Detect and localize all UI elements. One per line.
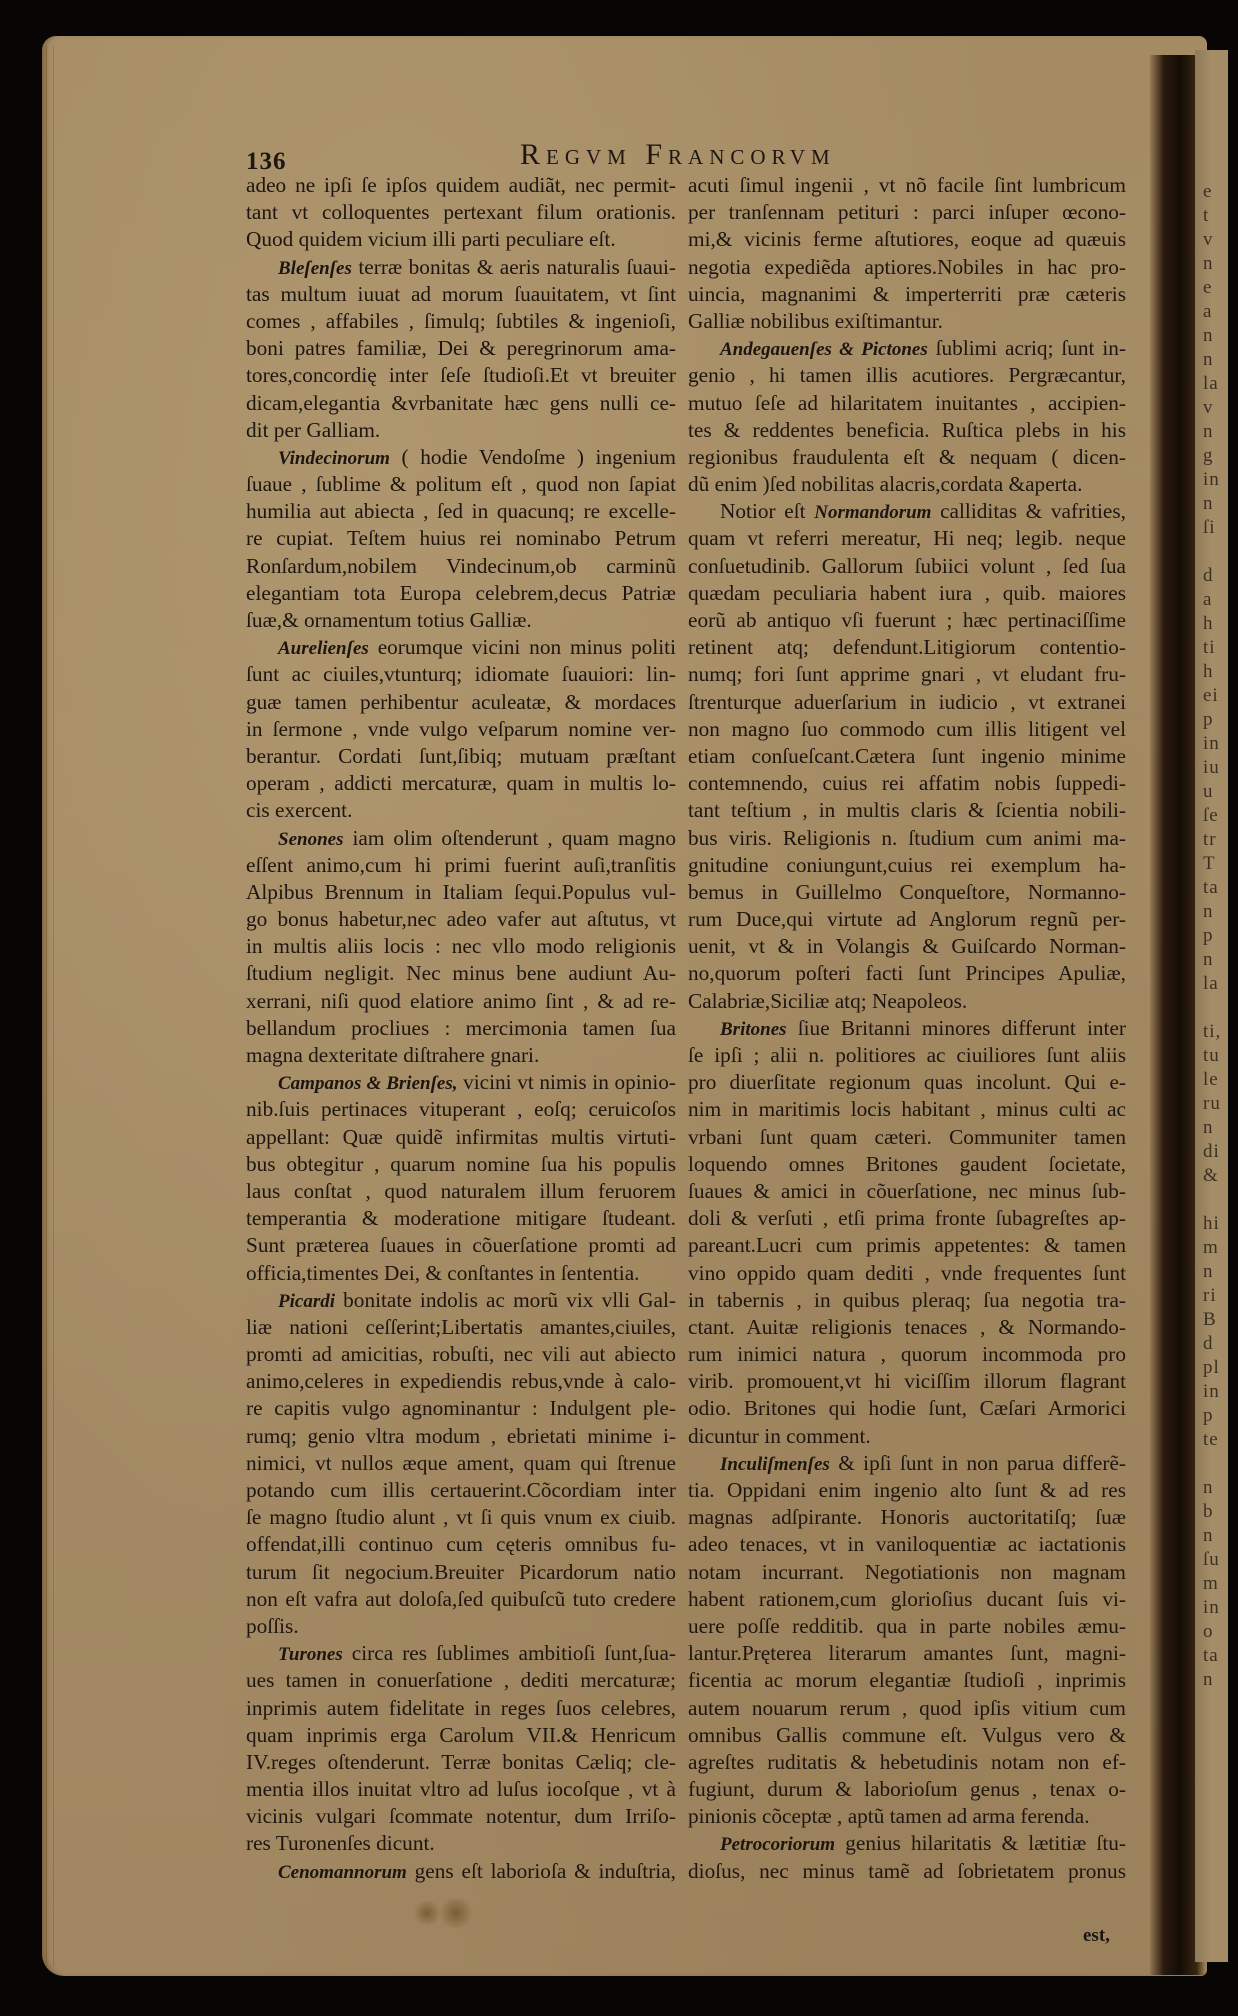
text-line: in ſermone , vnde vulgo veſparum nomine … bbox=[246, 716, 676, 743]
text-line: tes & reddentes beneficia. Ruſtica plebs… bbox=[688, 417, 1126, 444]
text-line: Britones ſiue Britanni minores differunt… bbox=[688, 1015, 1126, 1042]
text-line: in tabernis , in quibus pleraq; ſua nego… bbox=[688, 1287, 1126, 1314]
text-line: in multis aliis locis : nec vllo modo re… bbox=[246, 933, 676, 960]
text-line: berantur. Cordati ſunt,ſibiq; mutuam præ… bbox=[246, 743, 676, 770]
text-line: tas multum iuuat ad morum ſuauitatem, vt… bbox=[246, 281, 676, 308]
text-line: nib.ſuis pertinaces vituperant , eoſq; c… bbox=[246, 1096, 676, 1123]
line-text: circa res ſublimes ambitioſi ſunt,ſua- bbox=[343, 1641, 676, 1665]
background-edge bbox=[1228, 0, 1238, 2016]
line-text: iam olim oſtenderunt , quam magno bbox=[343, 826, 676, 850]
text-line: cis exercent. bbox=[246, 797, 676, 824]
region-name: Aurelienſes bbox=[278, 638, 369, 659]
text-line: uenit, vt & in Volangis & Guiſcardo Norm… bbox=[688, 933, 1126, 960]
text-line: rumq; genio vltra modum , ebrietati mini… bbox=[246, 1423, 676, 1450]
text-line: uincia, magnanimi & imperterriti præ cæt… bbox=[688, 281, 1126, 308]
text-line: no,quorum poſteri facti ſunt Principes A… bbox=[688, 960, 1126, 987]
text-line: ctant. Auitæ religionis tenaces , & Norm… bbox=[688, 1314, 1126, 1341]
text-line: pareant.Lucri cum primis appetentes: & t… bbox=[688, 1232, 1126, 1259]
text-line: tant teſtium , in multis claris & ſcient… bbox=[688, 797, 1126, 824]
text-line: laus conſtat , quod naturalem illum feru… bbox=[246, 1178, 676, 1205]
region-name: Campanos & Brienſes, bbox=[278, 1073, 458, 1094]
text-line: dicam,elegantia &vrbanitate hæc gens nul… bbox=[246, 390, 676, 417]
text-line: ſtudium negligit. Nec minus bene audiunt… bbox=[246, 960, 676, 987]
text-line: regionibus fraudulenta eſt & nequam ( di… bbox=[688, 444, 1126, 471]
line-text: ſublimi acriq; ſunt in- bbox=[928, 336, 1126, 360]
text-line: habent rationem,cum glorioſius ducant ſu… bbox=[688, 1586, 1126, 1613]
text-line: mentia illos inuitat vltro ad luſus ioco… bbox=[246, 1776, 676, 1803]
text-line: appellant: Quæ quidẽ infirmitas multis v… bbox=[246, 1124, 676, 1151]
text-line: quam vt referri mereatur, Hi neq; legib.… bbox=[688, 525, 1126, 552]
text-line: conſuetudinib. Gallorum ſubiici volunt ,… bbox=[688, 553, 1126, 580]
text-line: temperantia & moderatione mitigare ſtude… bbox=[246, 1205, 676, 1232]
text-line: bemus in Guillelmo Conqueſtore, Normanno… bbox=[688, 879, 1126, 906]
region-name: Britones bbox=[720, 1019, 787, 1040]
text-line: numq; fori ſunt apprime gnari , vt eluda… bbox=[688, 661, 1126, 688]
text-line: IV.reges oſtenderunt. Terræ bonitas Cæli… bbox=[246, 1749, 676, 1776]
catchword: est, bbox=[1083, 1925, 1110, 1947]
running-head: Regvm Francorvm bbox=[520, 138, 836, 172]
line-text: terræ bonitas & aeris naturalis ſuaui- bbox=[352, 255, 676, 279]
text-line: quædam peculiaria habent iura , quib. ma… bbox=[688, 580, 1126, 607]
text-line: magna dexteritate diſtrahere gnari. bbox=[246, 1042, 676, 1069]
text-line: Calabriæ,Siciliæ atq; Neapoleos. bbox=[688, 988, 1126, 1015]
region-name: Bleſenſes bbox=[278, 258, 352, 279]
text-line: liæ nationi ceſſerint;Libertatis amantes… bbox=[246, 1314, 676, 1341]
text-line: Picardi bonitate indolis ac morũ vix vll… bbox=[246, 1287, 676, 1314]
text-line: promti ad amicitias, robuſti, nec vili a… bbox=[246, 1341, 676, 1368]
text-line: guæ tamen perhibentur aculeatæ, & mordac… bbox=[246, 689, 676, 716]
text-line: pinionis cõceptæ , aptũ tamen ad arma fe… bbox=[688, 1803, 1126, 1830]
text-line: dicuntur in comment. bbox=[688, 1423, 1126, 1450]
text-line: vino oppido quam dediti , vnde frequente… bbox=[688, 1260, 1126, 1287]
text-line: per tranſennam petituri : parci inſuper … bbox=[688, 199, 1126, 226]
text-line: acuti ſimul ingenii , vt nõ facile ſint … bbox=[688, 172, 1126, 199]
text-line: tia. Oppidani enim ingenio alto ſunt & a… bbox=[688, 1477, 1126, 1504]
text-line: Cenomannorum gens eſt laborioſa & induſt… bbox=[246, 1858, 676, 1885]
text-line: potando cum illis certauerint.Cõcordiam … bbox=[246, 1477, 676, 1504]
page-edge bbox=[46, 46, 54, 1966]
text-line: humilia aut abiecta , ſed in quacunq; re… bbox=[246, 498, 676, 525]
text-line: non magno ſuo commodo cum illis litigent… bbox=[688, 716, 1126, 743]
line-text: eorumque vicini non minus politi bbox=[369, 635, 676, 659]
region-name: Cenomannorum bbox=[278, 1862, 407, 1883]
text-line: Andegauenſes & Pictones ſublimi acriq; ſ… bbox=[688, 335, 1126, 362]
text-line: ſuæ,& ornamentum totius Galliæ. bbox=[246, 607, 676, 634]
text-line: lantur.Pręterea literarum amantes ſunt, … bbox=[688, 1640, 1126, 1667]
text-line: doli & verſuti , etſi prima fronte ſubag… bbox=[688, 1205, 1126, 1232]
text-line: nimici, vt nullos æque ament, quam qui ſ… bbox=[246, 1450, 676, 1477]
text-line: mutuo ſeſe ad hilaritatem inuitantes , a… bbox=[688, 390, 1126, 417]
text-line: adeo tenaces, vt in vaniloquentiæ ac iac… bbox=[688, 1531, 1126, 1558]
line-text: & ipſi ſunt in non parua differẽ- bbox=[830, 1451, 1126, 1475]
line-text: bonitate indolis ac morũ vix vlli Gal- bbox=[335, 1288, 676, 1312]
text-line: Turones circa res ſublimes ambitioſi ſun… bbox=[246, 1640, 676, 1667]
text-line: ſunt ac ciuiles,vtunturq; idiomate ſuaui… bbox=[246, 661, 676, 688]
text-line: vrbani ſunt quam cæteri. Communiter tame… bbox=[688, 1124, 1126, 1151]
text-line: genio , hi tamen illis acutiores. Pergræ… bbox=[688, 362, 1126, 389]
text-line: retinent atq; defendunt.Litigiorum conte… bbox=[688, 634, 1126, 661]
left-text-column: adeo ne ipſi ſe ipſos quidem audiãt, nec… bbox=[246, 172, 676, 1885]
text-line: Alpibus Brennum in Italiam ſequi.Populus… bbox=[246, 879, 676, 906]
text-line: etiam conſueſcant.Cætera ſunt ingenio mi… bbox=[688, 743, 1126, 770]
text-line: ſtrenturque aduerſarium in iudicio , vt … bbox=[688, 689, 1126, 716]
region-name: Picardi bbox=[278, 1291, 335, 1312]
text-line: poſſis. bbox=[246, 1613, 676, 1640]
text-line: rum Duce,qui virtute ad Anglorum regnũ p… bbox=[688, 906, 1126, 933]
text-line: mi,& vicinis ferme aſtutiores, eoque ad … bbox=[688, 226, 1126, 253]
text-line: dũ enim )ſed nobilitas alacris,cordata &… bbox=[688, 471, 1126, 498]
region-name: Andegauenſes & Pictones bbox=[720, 339, 928, 360]
line-text: gens eſt laborioſa & induſtria, bbox=[407, 1859, 676, 1883]
text-line: animo,celeres in expediendis rebus,vnde … bbox=[246, 1368, 676, 1395]
text-line: elegantiam tota Europa celebrem,decus Pa… bbox=[246, 580, 676, 607]
text-line: magnas adſpirante. Honoris auctoritatiſq… bbox=[688, 1504, 1126, 1531]
text-line: boni patres familiæ, Dei & peregrinorum … bbox=[246, 335, 676, 362]
text-line: inprimis autem fidelitate in reges ſuos … bbox=[246, 1695, 676, 1722]
text-line: non eſt vafra aut doloſa,ſed quibuſcũ tu… bbox=[246, 1586, 676, 1613]
text-line: ficentia ac morum elegantiæ ſtudioſi , i… bbox=[688, 1667, 1126, 1694]
adjacent-page-text: e t v n e a n n la v n g in n ſi d a h t… bbox=[1203, 180, 1221, 1692]
text-line: uere poſſe redditib. qua in parte nobile… bbox=[688, 1613, 1126, 1640]
text-line: loquendo omnes Britones gaudent ſocietat… bbox=[688, 1151, 1126, 1178]
text-line: agreſtes ruditatis & hebetudinis notam n… bbox=[688, 1749, 1126, 1776]
text-line: Campanos & Brienſes, vicini vt nimis in … bbox=[246, 1069, 676, 1096]
text-line: Inculiſmenſes & ipſi ſunt in non parua d… bbox=[688, 1450, 1126, 1477]
line-text: vicini vt nimis in opinio- bbox=[458, 1070, 677, 1094]
region-name: Turones bbox=[278, 1644, 343, 1665]
text-line: bus viris. Religionis n. ſtudium cum ani… bbox=[688, 825, 1126, 852]
text-line: xerrani, niſi quod elatiore animo ſint ,… bbox=[246, 988, 676, 1015]
region-name: Vindecinorum bbox=[278, 448, 390, 469]
text-line: ues tamen in conuerſatione , dediti merc… bbox=[246, 1667, 676, 1694]
text-line: Notior eſt Normandorum calliditas & vafr… bbox=[688, 498, 1126, 525]
text-line: Aurelienſes eorumque vicini non minus po… bbox=[246, 634, 676, 661]
text-line: fugiunt, durum & laborioſum genus , tena… bbox=[688, 1776, 1126, 1803]
region-name: Normandorum bbox=[814, 502, 931, 523]
region-name: Petrocoriorum bbox=[720, 1834, 835, 1855]
text-line: tores,concordię inter ſeſe ſtudioſi.Et v… bbox=[246, 362, 676, 389]
text-line: quam inprimis erga Carolum VII.& Henricu… bbox=[246, 1722, 676, 1749]
text-line: ſuaue , ſublime & politum eſt , quod non… bbox=[246, 471, 676, 498]
text-line: operam , addicti mercaturæ, quam in mult… bbox=[246, 770, 676, 797]
text-line: virib. promouent,vt hi viciſſim illorum … bbox=[688, 1368, 1126, 1395]
text-line: offendat,illi continuo cum cęteris omnib… bbox=[246, 1531, 676, 1558]
text-line: dioſus, nec minus tamẽ ad ſobrietatem pr… bbox=[688, 1858, 1126, 1885]
text-line: comes , affabiles , ſimulq; ſubtiles & i… bbox=[246, 308, 676, 335]
text-line: bellandum procliues : mercimonia tamen ſ… bbox=[246, 1015, 676, 1042]
text-line: res Turonenſes dicunt. bbox=[246, 1830, 676, 1857]
text-line: officia,timentes Dei, & conſtantes in ſe… bbox=[246, 1260, 676, 1287]
text-line: odio. Britones qui hodie ſunt, Cæſari Ar… bbox=[688, 1395, 1126, 1422]
line-text: ( hodie Vendoſme ) ingenium bbox=[390, 445, 676, 469]
region-name: Inculiſmenſes bbox=[720, 1454, 830, 1475]
text-line: rum inimici natura , quorum incommoda pr… bbox=[688, 1341, 1126, 1368]
right-text-column: acuti ſimul ingenii , vt nõ facile ſint … bbox=[688, 172, 1126, 1885]
text-line: Vindecinorum ( hodie Vendoſme ) ingenium bbox=[246, 444, 676, 471]
line-text: ſiue Britanni minores differunt inter bbox=[787, 1016, 1126, 1040]
line-text: genius hilaritatis & lætitiæ ſtu- bbox=[835, 1831, 1126, 1855]
text-line: go bonus habetur,nec adeo vafer aut aſtu… bbox=[246, 906, 676, 933]
text-line: ſe ipſi ; alii n. politiores ac ciuilior… bbox=[688, 1042, 1126, 1069]
text-line: Sunt præterea ſuaues in cõuerſatione pro… bbox=[246, 1232, 676, 1259]
text-line: Bleſenſes terræ bonitas & aeris naturali… bbox=[246, 254, 676, 281]
text-line: Ronſardum,nobilem Vindecinum,ob carminũ bbox=[246, 553, 676, 580]
text-line: omnibus Gallis commune eſt. Vulgus vero … bbox=[688, 1722, 1126, 1749]
paper-stain bbox=[437, 1898, 475, 1928]
text-line: eſſent animo,cum hi primi fuerint auſi,t… bbox=[246, 852, 676, 879]
text-line: ſe magno ſtudio alunt , vt ſi quis vnum … bbox=[246, 1504, 676, 1531]
text-line: pro diuerſitate regionum quas incolunt. … bbox=[688, 1069, 1126, 1096]
text-line: autem nouarum rerum , quod ipſis vitium … bbox=[688, 1695, 1126, 1722]
text-line: contemnendo, cuius rei affatim nobis ſup… bbox=[688, 770, 1126, 797]
text-line: bus obtegitur , quarum nomine ſua his po… bbox=[246, 1151, 676, 1178]
text-line: nim in maritimis locis habitant , minus … bbox=[688, 1096, 1126, 1123]
text-line: Quod quidem vicium illi parti peculiare … bbox=[246, 226, 676, 253]
text-line: turum ſit negocium.Breuiter Picardorum n… bbox=[246, 1559, 676, 1586]
text-line: Galliæ nobilibus exiſtimantur. bbox=[688, 308, 1126, 335]
text-line: notam incurrant. Negotiationis non magna… bbox=[688, 1559, 1126, 1586]
text-line: eorũ ab antiquo vſi fuerunt ; hæc pertin… bbox=[688, 607, 1126, 634]
text-line: Petrocoriorum genius hilaritatis & lætit… bbox=[688, 1830, 1126, 1857]
text-line: Senones iam olim oſtenderunt , quam magn… bbox=[246, 825, 676, 852]
text-line: dit per Galliam. bbox=[246, 417, 676, 444]
text-line: adeo ne ipſi ſe ipſos quidem audiãt, nec… bbox=[246, 172, 676, 199]
text-line: gnitudine coniungunt,cuius rei exemplum … bbox=[688, 852, 1126, 879]
text-line: negotia expediẽda aptiores.Nobiles in ha… bbox=[688, 254, 1126, 281]
text-line: vicinis vulgari ſcommate notentur, dum I… bbox=[246, 1803, 676, 1830]
text-line: re capitis vulgo agnominantur : Indulgen… bbox=[246, 1395, 676, 1422]
text-line: tant vt colloquentes pertexant filum ora… bbox=[246, 199, 676, 226]
text-line: re cupiat. Teſtem huius rei nominabo Pet… bbox=[246, 525, 676, 552]
region-name: Senones bbox=[278, 829, 343, 850]
text-line: ſuaues & amici in cõuerſatione, nec minu… bbox=[688, 1178, 1126, 1205]
